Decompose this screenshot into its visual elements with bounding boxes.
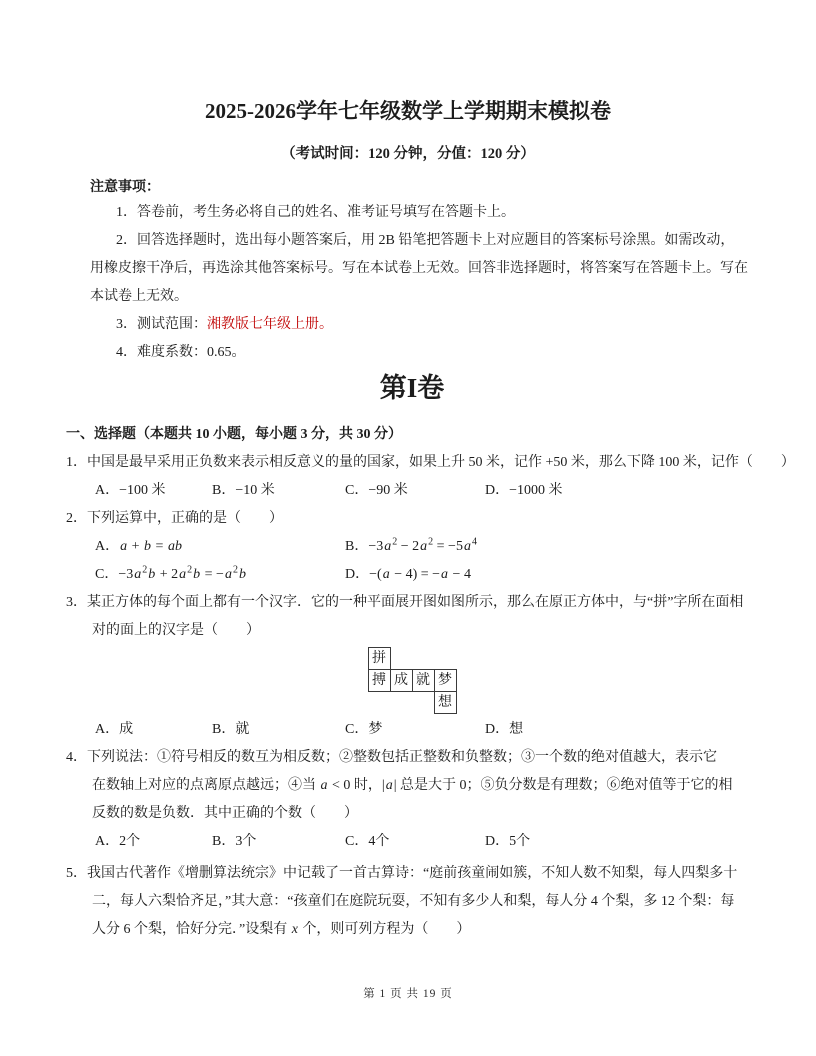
q4-stem-line-3: 反数的数是负数．其中正确的个数（ ）: [92, 800, 758, 828]
net-cell-bottom: 想: [434, 691, 457, 714]
q3-options: A．成 B．就 C．梦 D．想: [95, 716, 758, 744]
question-3: 3．某正方体的每个面上都有一个汉字．它的一种平面展开图如图所示，那么在原正方体中…: [66, 589, 758, 744]
net-cell-row-1: 搏: [368, 669, 391, 692]
q4-option-a: A．2个: [95, 828, 212, 856]
notice-item-1: 1．答卷前，考生务必将自己的姓名、准考证号填写在答题卡上。: [116, 199, 758, 227]
q3-option-d: D．想: [485, 716, 758, 744]
choice-section-heading: 一、选择题（本题共 10 小题，每小题 3 分，共 30 分）: [66, 421, 758, 449]
q5-stem-line-1: 5．我国古代著作《增删算法统宗》中记载了一首古算诗：“庭前孩童闹如簇，不知人数不…: [66, 860, 758, 888]
net-cell-row-4: 梦: [434, 669, 457, 692]
notice-item-2-line-3: 本试卷上无效。: [90, 283, 758, 311]
cube-net: 拼 搏 成 就 梦 想: [368, 647, 457, 714]
q2-option-a: A．a + b = ab: [95, 533, 345, 561]
q4-option-d: D．5个: [485, 828, 758, 856]
q4-option-b: B．3个: [212, 828, 345, 856]
volume-title: 第I卷: [66, 367, 758, 409]
page-title: 2025-2026学年七年级数学上学期期末模拟卷: [0, 96, 816, 126]
q2-options-row-1: A．a + b = ab B．−3a2 − 2a2 = −5a4: [95, 533, 758, 561]
q4-options: A．2个 B．3个 C．4个 D．5个: [95, 828, 758, 856]
question-4: 4．下列说法：①符号相反的数互为相反数；②整数包括正整数和负整数；③一个数的绝对…: [66, 744, 758, 856]
q1-option-c: C．−90 米: [345, 477, 485, 505]
q1-stem: 1．中国是最早采用正负数来表示相反意义的量的国家，如果上升 50 米，记作 +5…: [66, 449, 758, 477]
question-5: 5．我国古代著作《增删算法统宗》中记载了一首古算诗：“庭前孩童闹如簇，不知人数不…: [66, 860, 758, 944]
q4-stem-line-1: 4．下列说法：①符号相反的数互为相反数；②整数包括正整数和负整数；③一个数的绝对…: [66, 744, 758, 772]
exam-page: 2025-2026学年七年级数学上学期期末模拟卷 （考试时间：120 分钟，分值…: [0, 0, 816, 1056]
question-2: 2．下列运算中，正确的是（ ） A．a + b = ab B．−3a2 − 2a…: [66, 505, 758, 589]
q5-stem-line-2: 二，每人六梨恰齐足，”其大意：“孩童们在庭院玩耍，不知有多少人和梨，每人分 4 …: [92, 888, 758, 916]
exam-info-line: （考试时间：120 分钟，分值：120 分）: [0, 144, 816, 164]
notice-item-3: 3．测试范围：湘教版七年级上册。: [116, 311, 758, 339]
notice-item-2-line-1: 2．回答选择题时，选出每小题答案后，用 2B 铅笔把答题卡上对应题目的答案标号涂…: [116, 227, 758, 255]
q4-stem-line-2: 在数轴上对应的点离原点越远；④当 a < 0 时，|a| 总是大于 0；⑤负分数…: [92, 772, 758, 800]
q2-option-b: B．−3a2 − 2a2 = −5a4: [345, 533, 758, 561]
page-body: 注意事项： 1．答卷前，考生务必将自己的姓名、准考证号填写在答题卡上。 2．回答…: [0, 177, 816, 944]
net-cell-top: 拼: [368, 647, 391, 670]
q4-option-c: C．4个: [345, 828, 485, 856]
page-footer: 第 1 页 共 19 页: [0, 985, 816, 1001]
q3-option-b: B．就: [212, 716, 345, 744]
question-1: 1．中国是最早采用正负数来表示相反意义的量的国家，如果上升 50 米，记作 +5…: [66, 449, 758, 505]
q1-option-d: D．−1000 米: [485, 477, 758, 505]
net-cell-row-3: 就: [412, 669, 435, 692]
q3-option-a: A．成: [95, 716, 212, 744]
q2-stem: 2．下列运算中，正确的是（ ）: [66, 505, 758, 533]
q1-option-b: B．−10 米: [212, 477, 345, 505]
notice-item-4: 4．难度系数：0.65。: [116, 339, 758, 367]
q5-stem-line-3: 人分 6 个梨，恰好分完．”设梨有 x 个，则可列方程为（ ）: [92, 916, 758, 944]
notice-heading: 注意事项：: [90, 177, 758, 199]
q2-option-c: C．−3a2b + 2a2b = −a2b: [95, 561, 345, 589]
q3-option-c: C．梦: [345, 716, 485, 744]
notice-item-2-line-2: 用橡皮擦干净后，再选涂其他答案标号。写在本试卷上无效。回答非选择题时，将答案写在…: [90, 255, 758, 283]
q1-option-a: A．−100 米: [95, 477, 212, 505]
test-scope-highlight: 湘教版七年级上册。: [207, 317, 333, 332]
q3-stem-line-2: 对的面上的汉字是（ ）: [92, 617, 758, 645]
q2-options-row-2: C．−3a2b + 2a2b = −a2b D．−(a − 4) = −a − …: [95, 561, 758, 589]
q1-options: A．−100 米 B．−10 米 C．−90 米 D．−1000 米: [95, 477, 758, 505]
cube-net-figure: 拼 搏 成 就 梦 想: [66, 647, 758, 714]
notice-item-3-label: 3．测试范围：: [116, 317, 207, 332]
q2-option-d: D．−(a − 4) = −a − 4: [345, 561, 758, 589]
net-cell-row-2: 成: [390, 669, 413, 692]
q3-stem-line-1: 3．某正方体的每个面上都有一个汉字．它的一种平面展开图如图所示，那么在原正方体中…: [66, 589, 758, 617]
